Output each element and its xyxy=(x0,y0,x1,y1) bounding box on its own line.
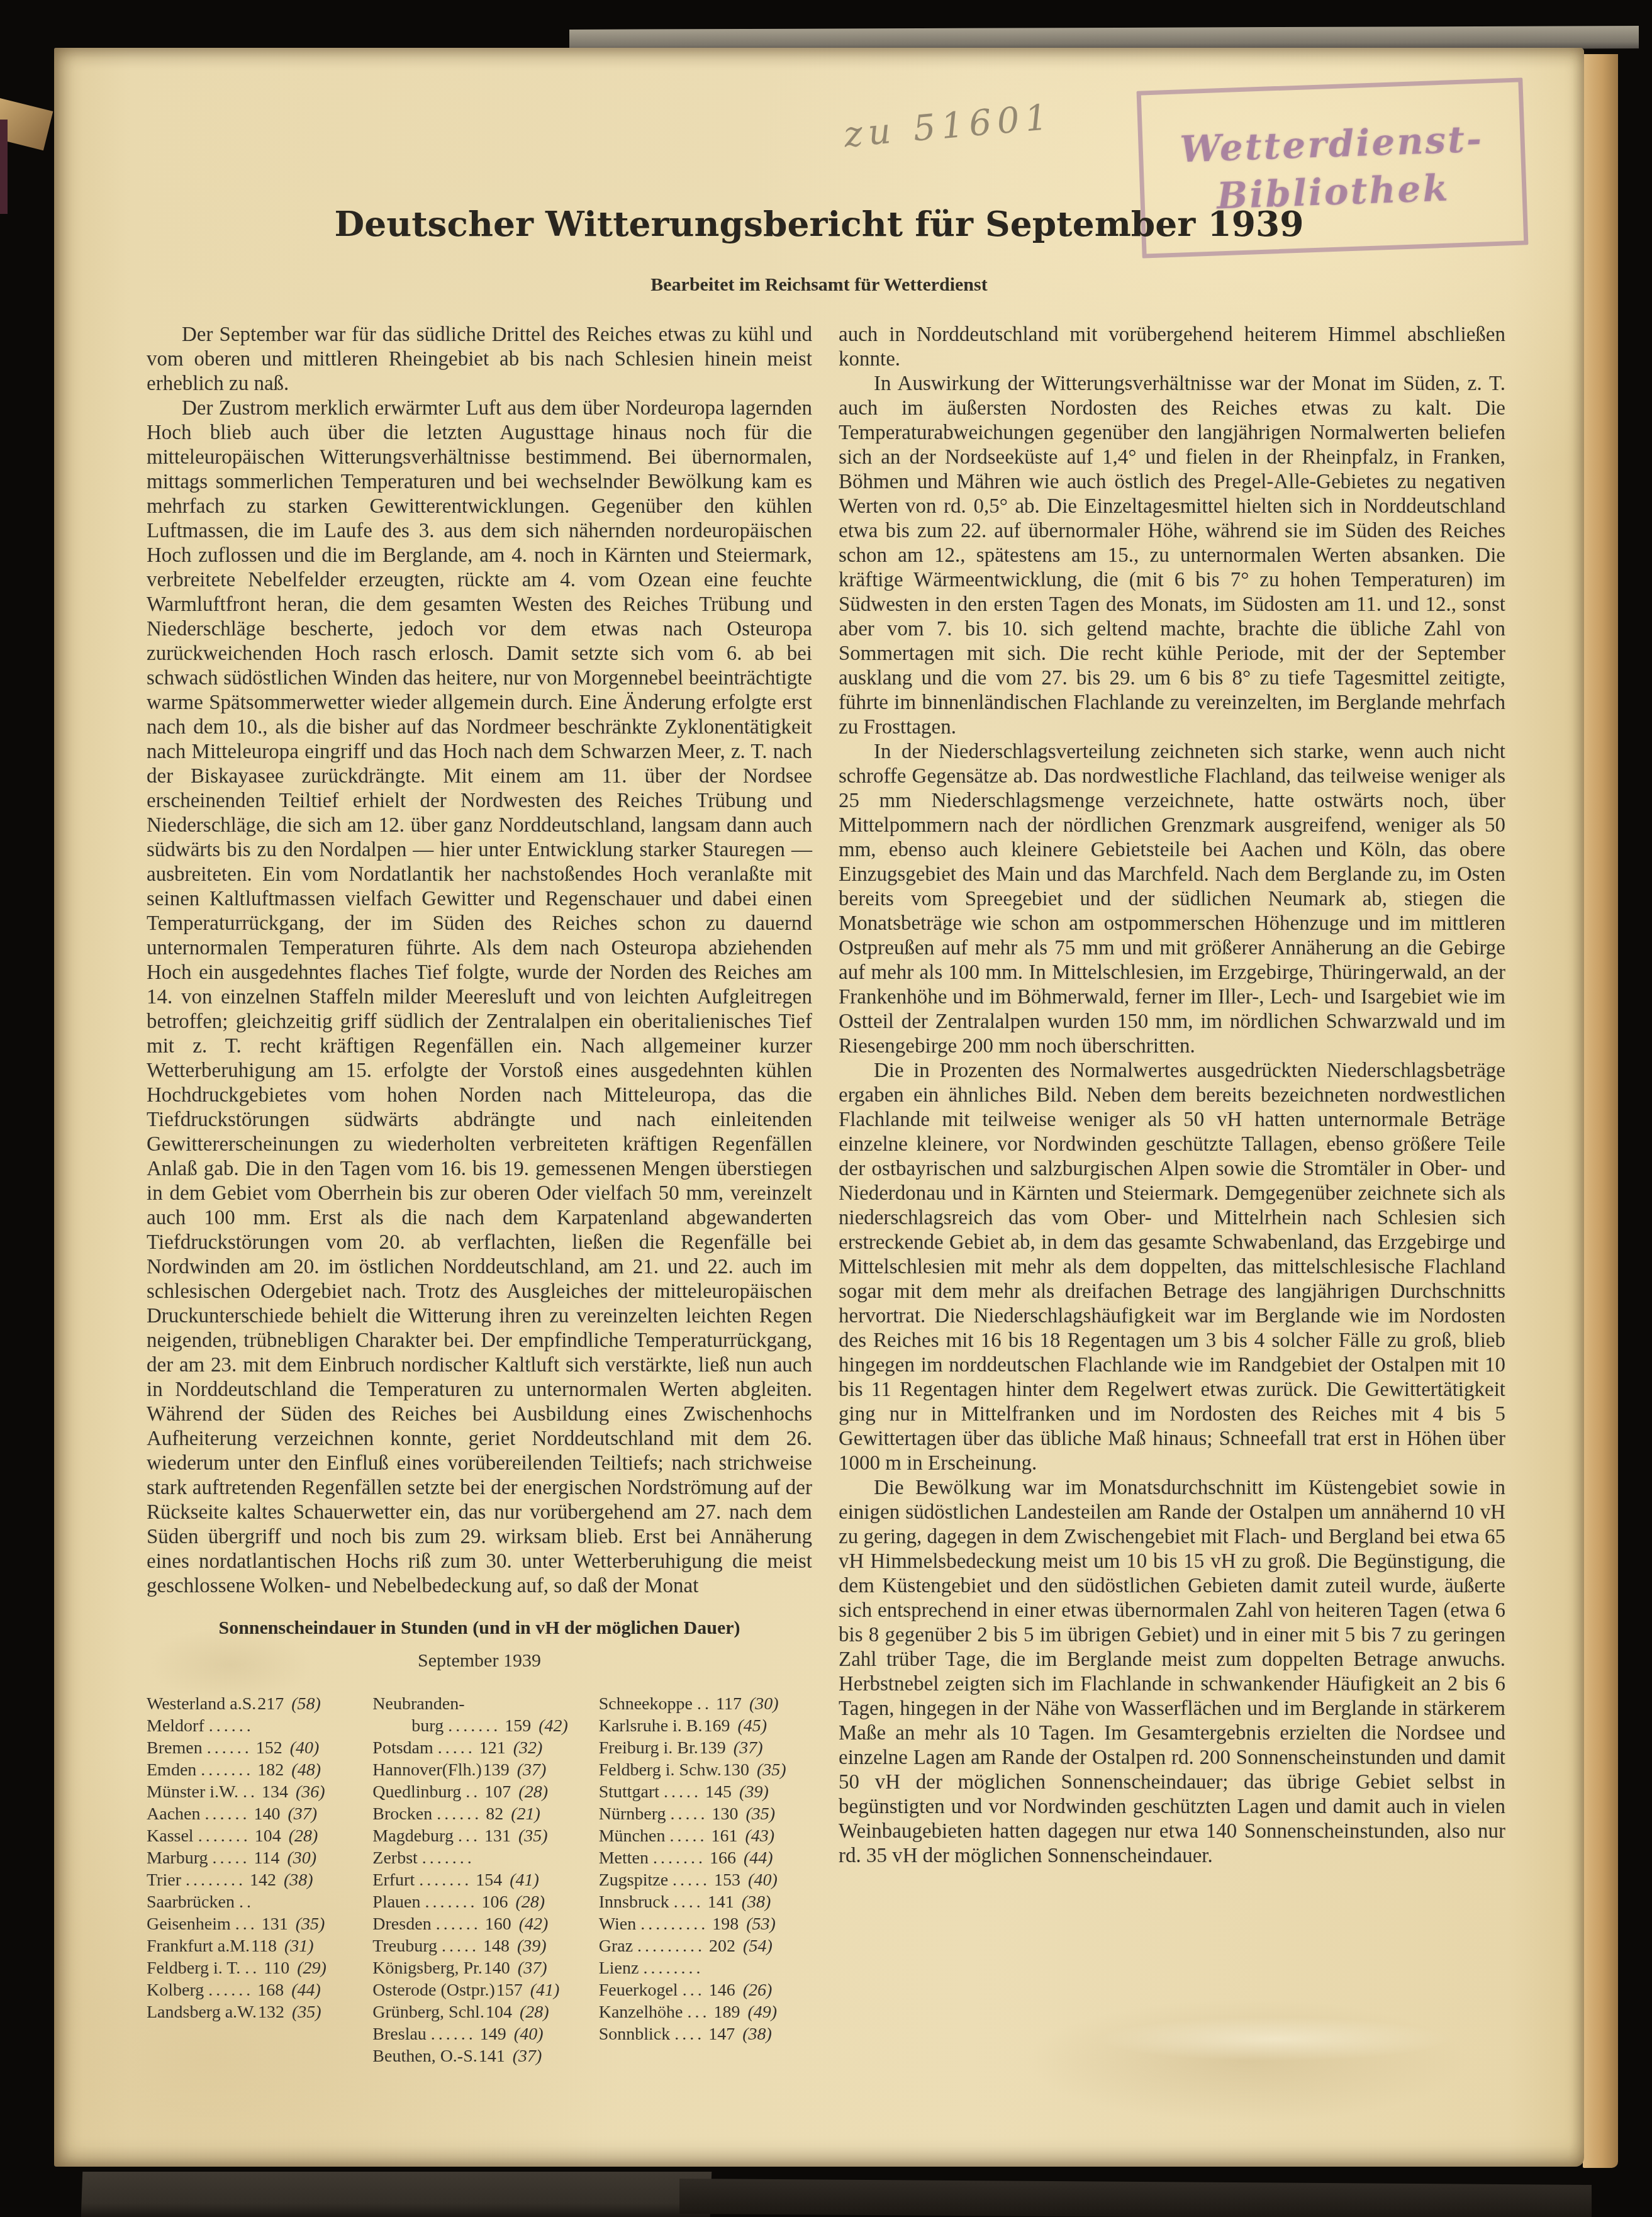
station-name: Marburg xyxy=(147,1848,208,1868)
sunshine-hours: 118 xyxy=(251,1936,277,1956)
station-name: Dresden xyxy=(372,1914,431,1934)
table-row: Brocken......82(21) xyxy=(372,1803,586,1825)
sunshine-hours: 198 xyxy=(712,1914,739,1934)
table-row: Karlsruhe i. B.169(45) xyxy=(599,1715,812,1737)
book-cover-bottom xyxy=(81,2172,712,2217)
station-name: Stuttgart xyxy=(599,1782,659,1802)
percent-of-possible: (49) xyxy=(747,2002,777,2022)
station-name: Plauen xyxy=(372,1892,420,1912)
table-row: Saarbrücken.. xyxy=(147,1891,360,1913)
page-title: Deutscher Witterungsbericht für Septembe… xyxy=(79,205,1559,243)
table-column: Westerland a.S.217(58)Meldorf......Breme… xyxy=(147,1693,360,2067)
left-text-column: Der September war für das südliche Dritt… xyxy=(147,323,812,2067)
sunshine-hours: 131 xyxy=(262,1914,288,1934)
percent-of-possible: (54) xyxy=(743,1936,773,1956)
percent-of-possible: (37) xyxy=(513,2047,542,2066)
dot-leader: ........ xyxy=(186,1870,246,1890)
table-row: Zugspitze.....153(40) xyxy=(599,1869,812,1891)
sunshine-hours: 154 xyxy=(476,1870,502,1890)
percent-of-possible: (41) xyxy=(510,1870,539,1890)
station-name: Schneekoppe xyxy=(599,1694,693,1714)
percent-of-possible: (28) xyxy=(516,1892,545,1912)
dot-leader: ...... xyxy=(209,1716,254,1736)
table-row: Feldberg i. T...110(29) xyxy=(147,1957,360,1979)
percent-of-possible: (41) xyxy=(530,1980,560,2000)
sunshine-hours: 141 xyxy=(479,2047,505,2066)
table-row: Schneekoppe..117(30) xyxy=(599,1693,812,1715)
scanned-book-photo: { "page": { "handwritten_note": "zu 5160… xyxy=(0,0,1652,2217)
station-name: Sonnblick xyxy=(599,2024,671,2044)
table-row: Münster i.W...134(36) xyxy=(147,1781,360,1803)
station-name: München xyxy=(599,1826,666,1846)
percent-of-possible: (40) xyxy=(514,2024,544,2044)
dot-leader: .. xyxy=(245,1958,260,1978)
body-paragraph: Der September war für das südliche Dritt… xyxy=(147,323,812,396)
dot-leader: ..... xyxy=(670,1804,708,1824)
sunshine-hours: 107 xyxy=(484,1782,511,1802)
percent-of-possible: (43) xyxy=(745,1826,774,1846)
station-name: Quedlinburg xyxy=(372,1782,461,1802)
table-row: Graz.........202(54) xyxy=(599,1935,812,1957)
table-row: Beuthen, O.-S.141(37) xyxy=(372,2045,586,2067)
dot-leader: ...... xyxy=(205,1804,250,1824)
sunshine-hours: 106 xyxy=(482,1892,508,1912)
paper-stain xyxy=(148,1627,312,1702)
station-name: Breslau xyxy=(372,2024,427,2044)
station-name: Zugspitze xyxy=(599,1870,668,1890)
table-row: Breslau......149(40) xyxy=(372,2023,586,2045)
percent-of-possible: (28) xyxy=(520,2002,549,2022)
dot-leader: ....... xyxy=(422,1848,475,1868)
sunshine-hours: 104 xyxy=(255,1826,281,1846)
dot-leader: ..... xyxy=(664,1782,701,1802)
station-name: Frankfurt a.M. xyxy=(147,1936,250,1956)
percent-of-possible: (58) xyxy=(291,1694,321,1714)
dot-leader: ....... xyxy=(198,1826,251,1846)
sunshine-hours: 130 xyxy=(723,1760,749,1780)
dot-leader: ....... xyxy=(653,1848,706,1868)
percent-of-possible: (30) xyxy=(287,1848,316,1868)
table-columns: Westerland a.S.217(58)Meldorf......Breme… xyxy=(147,1693,812,2067)
table-row: Neubranden- xyxy=(372,1693,586,1715)
table-row: Kassel.......104(28) xyxy=(147,1825,360,1847)
station-name: Hannover(Flh.) xyxy=(372,1760,481,1780)
table-row: Osterode (Ostpr.)157(41) xyxy=(372,1979,586,2001)
book-spine-sliver xyxy=(0,120,8,214)
station-name: Freiburg i. Br. xyxy=(599,1738,698,1758)
station-name: Nürnberg xyxy=(599,1804,666,1824)
percent-of-possible: (37) xyxy=(517,1760,547,1780)
station-name: Grünberg, Schl. xyxy=(372,2002,484,2022)
table-row: Frankfurt a.M.118(31) xyxy=(147,1935,360,1957)
station-name: Erfurt xyxy=(372,1870,415,1890)
dot-leader: ..... xyxy=(442,1936,479,1956)
sunshine-hours: 160 xyxy=(485,1914,511,1934)
station-name: Metten xyxy=(599,1848,649,1868)
station-name: Magdeburg xyxy=(372,1826,454,1846)
sunshine-hours: 146 xyxy=(709,1980,735,2000)
table-row: München.....161(43) xyxy=(599,1825,812,1847)
table-row: Geisenheim...131(35) xyxy=(147,1913,360,1935)
table-row: Feuerkogel...146(26) xyxy=(599,1979,812,2001)
percent-of-possible: (39) xyxy=(517,1936,547,1956)
table-row: Königsberg, Pr.140(37) xyxy=(372,1957,586,1979)
table-row: Erfurt.......154(41) xyxy=(372,1869,586,1891)
station-name: Saarbrücken xyxy=(147,1892,235,1912)
station-name: Kolberg xyxy=(147,1980,204,2000)
sunshine-hours: 82 xyxy=(486,1804,503,1824)
book-cover-bottom-right xyxy=(679,2179,1592,2217)
sunshine-hours: 130 xyxy=(712,1804,738,1824)
station-name: Feldberg i. Schw. xyxy=(599,1760,722,1780)
station-name: Meldorf xyxy=(147,1716,204,1736)
table-row: Meldorf...... xyxy=(147,1715,360,1737)
sunshine-hours: 145 xyxy=(705,1782,732,1802)
percent-of-possible: (42) xyxy=(539,1716,568,1736)
body-paragraph: Die Bewölkung war im Monatsdurchschnitt … xyxy=(839,1476,1505,1868)
station-name: Innsbruck xyxy=(599,1892,669,1912)
table-row: Innsbruck....141(38) xyxy=(599,1891,812,1913)
sunshine-hours: 139 xyxy=(483,1760,510,1780)
right-paragraphs: auch in Norddeutschland mit vorübergehen… xyxy=(839,323,1505,1868)
table-row: Kanzelhöhe...189(49) xyxy=(599,2001,812,2023)
dot-leader: ..... xyxy=(438,1738,476,1758)
page-stack-edge xyxy=(1583,54,1618,2168)
sunshine-hours: 189 xyxy=(713,2002,740,2022)
station-name: Landsberg a.W. xyxy=(147,2002,257,2022)
station-name: Brocken xyxy=(372,1804,432,1824)
station-name: Trier xyxy=(147,1870,181,1890)
table-row: Potsdam.....121(32) xyxy=(372,1737,586,1759)
percent-of-possible: (35) xyxy=(296,1914,325,1934)
paper-stain xyxy=(1098,2017,1451,2061)
table-row: Nürnberg.....130(35) xyxy=(599,1803,812,1825)
percent-of-possible: (21) xyxy=(511,1804,540,1824)
station-name: Neubranden- xyxy=(372,1694,464,1714)
percent-of-possible: (48) xyxy=(291,1760,321,1780)
table-row: Magdeburg...131(35) xyxy=(372,1825,586,1847)
document-page: zu 51601 Wetterdienst- Bibliothek Deutsc… xyxy=(54,48,1584,2167)
dot-leader: ... xyxy=(687,2002,710,2022)
station-name: Geisenheim xyxy=(147,1914,231,1934)
station-name: Graz xyxy=(599,1936,633,1956)
sunshine-hours: 114 xyxy=(254,1848,279,1868)
station-name: Karlsruhe i. B. xyxy=(599,1716,703,1736)
table-row: Quedlinburg..107(28) xyxy=(372,1781,586,1803)
station-name: Kassel xyxy=(147,1826,194,1846)
percent-of-possible: (35) xyxy=(745,1804,775,1824)
dot-leader: ....... xyxy=(448,1716,501,1736)
dot-leader: .. xyxy=(243,1782,258,1802)
table-row: Landsberg a.W.132(35) xyxy=(147,2001,360,2023)
table-row: Emden.......182(48) xyxy=(147,1759,360,1781)
dot-leader: ..... xyxy=(669,1826,707,1846)
page-corner-scrap xyxy=(0,98,53,150)
sunshine-hours: 168 xyxy=(257,1980,284,2000)
dot-leader: ...... xyxy=(437,1804,482,1824)
percent-of-possible: (32) xyxy=(513,1738,543,1758)
percent-of-possible: (44) xyxy=(291,1980,321,2000)
percent-of-possible: (37) xyxy=(734,1738,763,1758)
table-row: Zerbst....... xyxy=(372,1847,586,1869)
sunshine-hours: 139 xyxy=(700,1738,726,1758)
station-name: Kanzelhöhe xyxy=(599,2002,683,2022)
handwritten-accession-number: zu 51601 xyxy=(842,97,1055,156)
station-name: Münster i.W. xyxy=(147,1782,238,1802)
station-name: Wien xyxy=(599,1914,637,1934)
dot-leader: ....... xyxy=(419,1870,472,1890)
dot-leader: ... xyxy=(683,1980,705,2000)
percent-of-possible: (28) xyxy=(289,1826,318,1846)
percent-of-possible: (53) xyxy=(746,1914,776,1934)
right-text-column: auch in Norddeutschland mit vorübergehen… xyxy=(839,323,1505,1868)
table-row: Metten.......166(44) xyxy=(599,1847,812,1869)
dot-leader: ......... xyxy=(640,1914,708,1934)
percent-of-possible: (28) xyxy=(518,1782,548,1802)
dot-leader: .... xyxy=(674,1892,704,1912)
percent-of-possible: (30) xyxy=(749,1694,779,1714)
percent-of-possible: (35) xyxy=(292,2002,321,2022)
sunshine-hours: 147 xyxy=(708,2024,735,2044)
table-row: Aachen......140(37) xyxy=(147,1803,360,1825)
table-row: burg.......159(42) xyxy=(372,1715,586,1737)
dot-leader: ......... xyxy=(637,1936,705,1956)
dot-leader: ...... xyxy=(431,2024,476,2044)
table-row: Trier........142(38) xyxy=(147,1869,360,1891)
body-paragraph: auch in Norddeutschland mit vorübergehen… xyxy=(839,323,1505,372)
dot-leader: ........ xyxy=(643,1958,703,1978)
sunshine-hours: 141 xyxy=(708,1892,734,1912)
dot-leader: .. xyxy=(466,1782,481,1802)
sunshine-hours: 159 xyxy=(505,1716,531,1736)
percent-of-possible: (31) xyxy=(284,1936,314,1956)
table-row: Dresden......160(42) xyxy=(372,1913,586,1935)
left-paragraphs: Der September war für das südliche Dritt… xyxy=(147,323,812,1599)
sunshine-hours: 140 xyxy=(254,1804,281,1824)
percent-of-possible: (40) xyxy=(748,1870,778,1890)
dot-leader: ....... xyxy=(425,1892,478,1912)
body-paragraph: In der Niederschlagsverteilung zeichnete… xyxy=(839,740,1505,1059)
table-column: Neubranden-burg.......159(42)Potsdam....… xyxy=(372,1693,586,2067)
dot-leader: ... xyxy=(458,1826,481,1846)
sunshine-hours: 166 xyxy=(710,1848,736,1868)
sunshine-hours: 110 xyxy=(264,1958,289,1978)
percent-of-possible: (37) xyxy=(518,1958,547,1978)
percent-of-possible: (38) xyxy=(742,2024,772,2044)
dot-leader: .. xyxy=(239,1892,254,1912)
body-paragraph: Der Zustrom merklich erwärmter Luft aus … xyxy=(147,396,812,1599)
station-name: Feldberg i. T. xyxy=(147,1958,240,1978)
sunshine-hours: 149 xyxy=(480,2024,506,2044)
sunshine-hours: 169 xyxy=(704,1716,730,1736)
station-name: burg xyxy=(411,1716,444,1736)
dot-leader: .. xyxy=(697,1694,712,1714)
station-name: Treuburg xyxy=(372,1936,437,1956)
dot-leader: ...... xyxy=(207,1738,252,1758)
table-row: Treuburg.....148(39) xyxy=(372,1935,586,1957)
sunshine-hours: 131 xyxy=(484,1826,511,1846)
station-name: Aachen xyxy=(147,1804,201,1824)
dot-leader: ....... xyxy=(201,1760,254,1780)
dot-leader: ..... xyxy=(673,1870,710,1890)
sunshine-hours: 148 xyxy=(483,1936,510,1956)
percent-of-possible: (36) xyxy=(296,1782,325,1802)
sunshine-hours: 104 xyxy=(486,2002,512,2022)
station-name: Lienz xyxy=(599,1958,639,1978)
percent-of-possible: (45) xyxy=(738,1716,767,1736)
sunshine-hours: 152 xyxy=(256,1738,282,1758)
table-row: Plauen.......106(28) xyxy=(372,1891,586,1913)
dot-leader: ...... xyxy=(436,1914,481,1934)
table-row: Marburg.....114(30) xyxy=(147,1847,360,1869)
sunshine-hours: 132 xyxy=(258,2002,284,2022)
station-name: Zerbst xyxy=(372,1848,418,1868)
sunshine-hours: 161 xyxy=(711,1826,737,1846)
station-name: Feuerkogel xyxy=(599,1980,678,2000)
dot-leader: .... xyxy=(674,2024,705,2044)
table-row: Kolberg......168(44) xyxy=(147,1979,360,2001)
table-column: Schneekoppe..117(30)Karlsruhe i. B.169(4… xyxy=(599,1693,812,2067)
station-name: Bremen xyxy=(147,1738,203,1758)
station-name: Königsberg, Pr. xyxy=(372,1958,483,1978)
table-row: Bremen......152(40) xyxy=(147,1737,360,1759)
percent-of-possible: (44) xyxy=(744,1848,773,1868)
dot-leader: ... xyxy=(235,1914,258,1934)
sunshine-hours: 182 xyxy=(257,1760,284,1780)
percent-of-possible: (37) xyxy=(288,1804,318,1824)
percent-of-possible: (39) xyxy=(739,1782,769,1802)
table-row: Feldberg i. Schw.130(35) xyxy=(599,1759,812,1781)
header-block: Deutscher Witterungsbericht für Septembe… xyxy=(79,205,1559,296)
station-name: Beuthen, O.-S. xyxy=(372,2047,477,2066)
table-row: Wien.........198(53) xyxy=(599,1913,812,1935)
table-row: Stuttgart.....145(39) xyxy=(599,1781,812,1803)
sunshine-hours: 202 xyxy=(709,1936,735,1956)
sunshine-hours: 117 xyxy=(716,1694,742,1714)
table-row: Freiburg i. Br.139(37) xyxy=(599,1737,812,1759)
sunshine-hours: 121 xyxy=(479,1738,506,1758)
station-name: Osterode (Ostpr.) xyxy=(372,1980,494,2000)
table-row: Hannover(Flh.)139(37) xyxy=(372,1759,586,1781)
percent-of-possible: (26) xyxy=(743,1980,773,2000)
percent-of-possible: (40) xyxy=(290,1738,320,1758)
station-name: Potsdam xyxy=(372,1738,433,1758)
table-row: Sonnblick....147(38) xyxy=(599,2023,812,2045)
table-row: Lienz........ xyxy=(599,1957,812,1979)
dot-leader: ..... xyxy=(212,1848,250,1868)
percent-of-possible: (29) xyxy=(297,1958,326,1978)
body-paragraph: In Auswirkung der Witterungsverhältnisse… xyxy=(839,372,1505,740)
sunshine-hours: 134 xyxy=(262,1782,288,1802)
sunshine-hours: 142 xyxy=(250,1870,276,1890)
percent-of-possible: (42) xyxy=(519,1914,549,1934)
dot-leader: ...... xyxy=(208,1980,254,2000)
sunshine-hours: 157 xyxy=(496,1980,523,2000)
sunshine-hours: 140 xyxy=(484,1958,510,1978)
table-row: Grünberg, Schl.104(28) xyxy=(372,2001,586,2023)
sunshine-hours: 153 xyxy=(714,1870,740,1890)
body-paragraph: Die in Prozenten des Normalwertes ausged… xyxy=(839,1059,1505,1476)
percent-of-possible: (38) xyxy=(284,1870,313,1890)
percent-of-possible: (35) xyxy=(518,1826,548,1846)
station-name: Emden xyxy=(147,1760,196,1780)
page-subtitle: Bearbeitet im Reichsamt für Wetterdienst xyxy=(79,274,1559,296)
percent-of-possible: (35) xyxy=(757,1760,786,1780)
percent-of-possible: (38) xyxy=(742,1892,771,1912)
